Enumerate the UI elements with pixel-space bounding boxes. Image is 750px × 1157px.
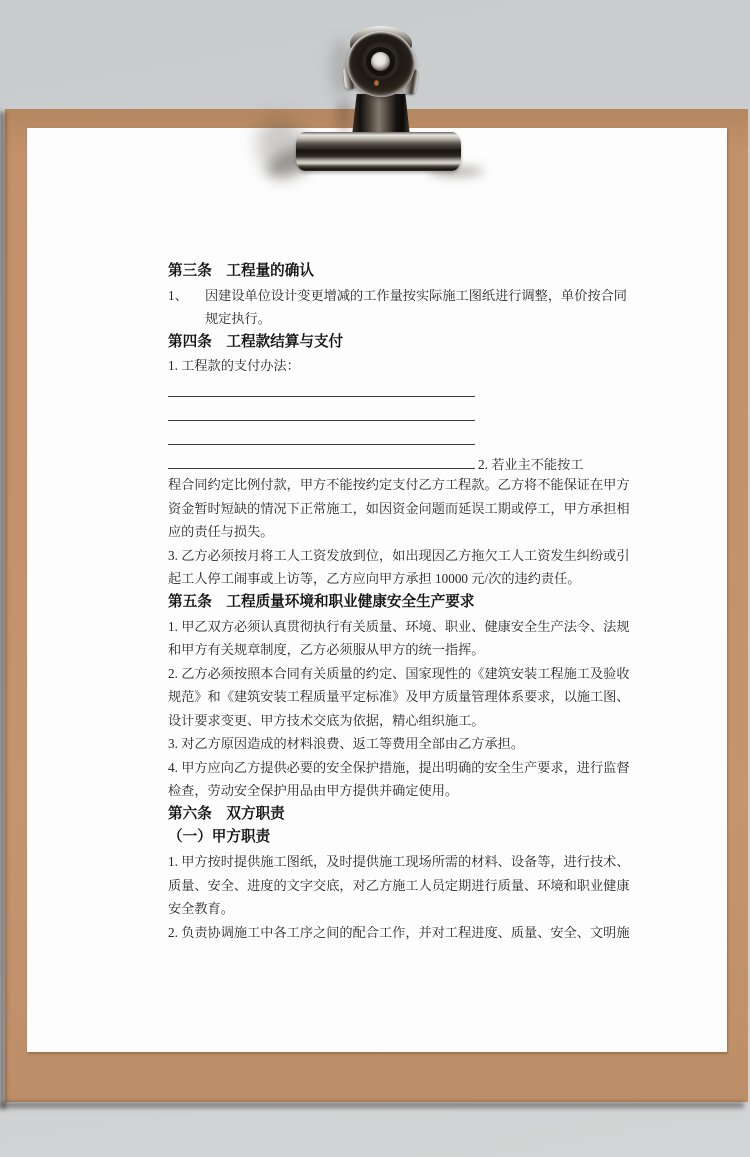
paragraph-line: 规范》和《建筑安装工程质量平定标准》及甲方质量管理体系要求，以施工图、	[168, 685, 648, 709]
clip-neck	[352, 94, 410, 136]
blank-underline	[168, 402, 475, 421]
blank-underline-line: 2. 若业主不能按工	[168, 450, 648, 474]
paragraph-text: 2. 若业主不能按工	[478, 457, 584, 472]
blank-underline	[168, 378, 475, 397]
list-marker: 1、	[168, 284, 205, 308]
paragraph-line: 1. 甲乙双方必须认真贯彻执行有关质量、环境、职业、健康安全生产法令、法规	[168, 615, 648, 639]
paragraph-line: 设计要求变更、甲方技术交底为依据，精心组织施工。	[168, 709, 648, 733]
paragraph-line: 4. 甲方应向乙方提供必要的安全保护措施，提出明确的安全生产要求，进行监督	[168, 756, 648, 780]
paragraph-line: 3. 对乙方原因造成的材料浪费、返工等费用全部由乙方承担。	[168, 732, 648, 756]
clip-shadow	[336, 100, 352, 132]
paragraph-text: 因建设单位设计变更增减的工作量按实际施工图纸进行调整，单价按合同	[205, 288, 627, 303]
section-heading: 第四条 工程款结算与支付	[168, 331, 648, 355]
document-paper: 第三条 工程量的确认1、因建设单位设计变更增减的工作量按实际施工图纸进行调整，单…	[27, 128, 727, 1052]
paragraph-line: 2. 乙方必须按照本合同有关质量的约定、国家现性的《建筑安装工程施工及验收	[168, 662, 648, 686]
paragraph-line: 1. 工程款的支付办法：	[168, 354, 648, 378]
clip-knob-hole	[371, 52, 390, 71]
clipboard-board: 第三条 工程量的确认1、因建设单位设计变更增减的工作量按实际施工图纸进行调整，单…	[5, 109, 748, 1102]
paragraph-line: 检查，劳动安全保护用品由甲方提供并确定使用。	[168, 779, 648, 803]
paragraph-line: 安全教育。	[168, 897, 648, 921]
blank-underline-line	[168, 378, 475, 397]
paragraph-line: 程合同约定比例付款，甲方不能按约定支付乙方工程款。乙方将不能保证在甲方	[168, 473, 648, 497]
blank-underline	[168, 426, 475, 445]
paragraph-line: 和甲方有关规章制度，乙方必须服从甲方的统一指挥。	[168, 638, 648, 662]
document-text: 第三条 工程量的确认1、因建设单位设计变更增减的工作量按实际施工图纸进行调整，单…	[168, 260, 648, 944]
photo-background: 第三条 工程量的确认1、因建设单位设计变更增减的工作量按实际施工图纸进行调整，单…	[0, 0, 750, 1157]
bulldog-clip-icon	[0, 0, 750, 200]
paragraph-line: 起工人停工闹事或上访等，乙方应向甲方承担 10000 元/次的违约责任。	[168, 567, 648, 591]
blank-underline-line	[168, 402, 475, 421]
list-item-line: 1、因建设单位设计变更增减的工作量按实际施工图纸进行调整，单价按合同	[168, 284, 648, 308]
paragraph-line: 应的责任与损失。	[168, 520, 648, 544]
section-heading: 第五条 工程质量环境和职业健康安全生产要求	[168, 591, 648, 615]
paragraph-line: 2. 负责协调施工中各工序之间的配合工作，并对工程进度、质量、安全、文明施	[168, 921, 648, 945]
paragraph-line: 质量、安全、进度的文字交底，对乙方施工人员定期进行质量、环境和职业健康	[168, 874, 648, 898]
section-heading: 第六条 双方职责	[168, 803, 648, 827]
section-heading: （一）甲方职责	[168, 826, 648, 850]
board-shadow-bottom	[1, 1102, 744, 1108]
paragraph-line: 1. 甲方按时提供施工图纸，及时提供施工现场所需的材料、设备等，进行技术、	[168, 850, 648, 874]
clip-bar	[296, 132, 461, 171]
section-heading: 第三条 工程量的确认	[168, 260, 648, 284]
paragraph-line: 规定执行。	[168, 307, 648, 331]
blank-underline	[168, 450, 475, 469]
paragraph-line: 资金暂时短缺的情况下正常施工，如因资金问题而延误工期或停工，甲方承担相	[168, 497, 648, 521]
blank-underline-line	[168, 426, 475, 445]
clip-knob-glint	[374, 80, 379, 86]
board-shadow-left	[0, 112, 6, 1109]
paragraph-line: 3. 乙方必须按月将工人工资发放到位，如出现因乙方拖欠工人工资发生纠纷或引	[168, 544, 648, 568]
